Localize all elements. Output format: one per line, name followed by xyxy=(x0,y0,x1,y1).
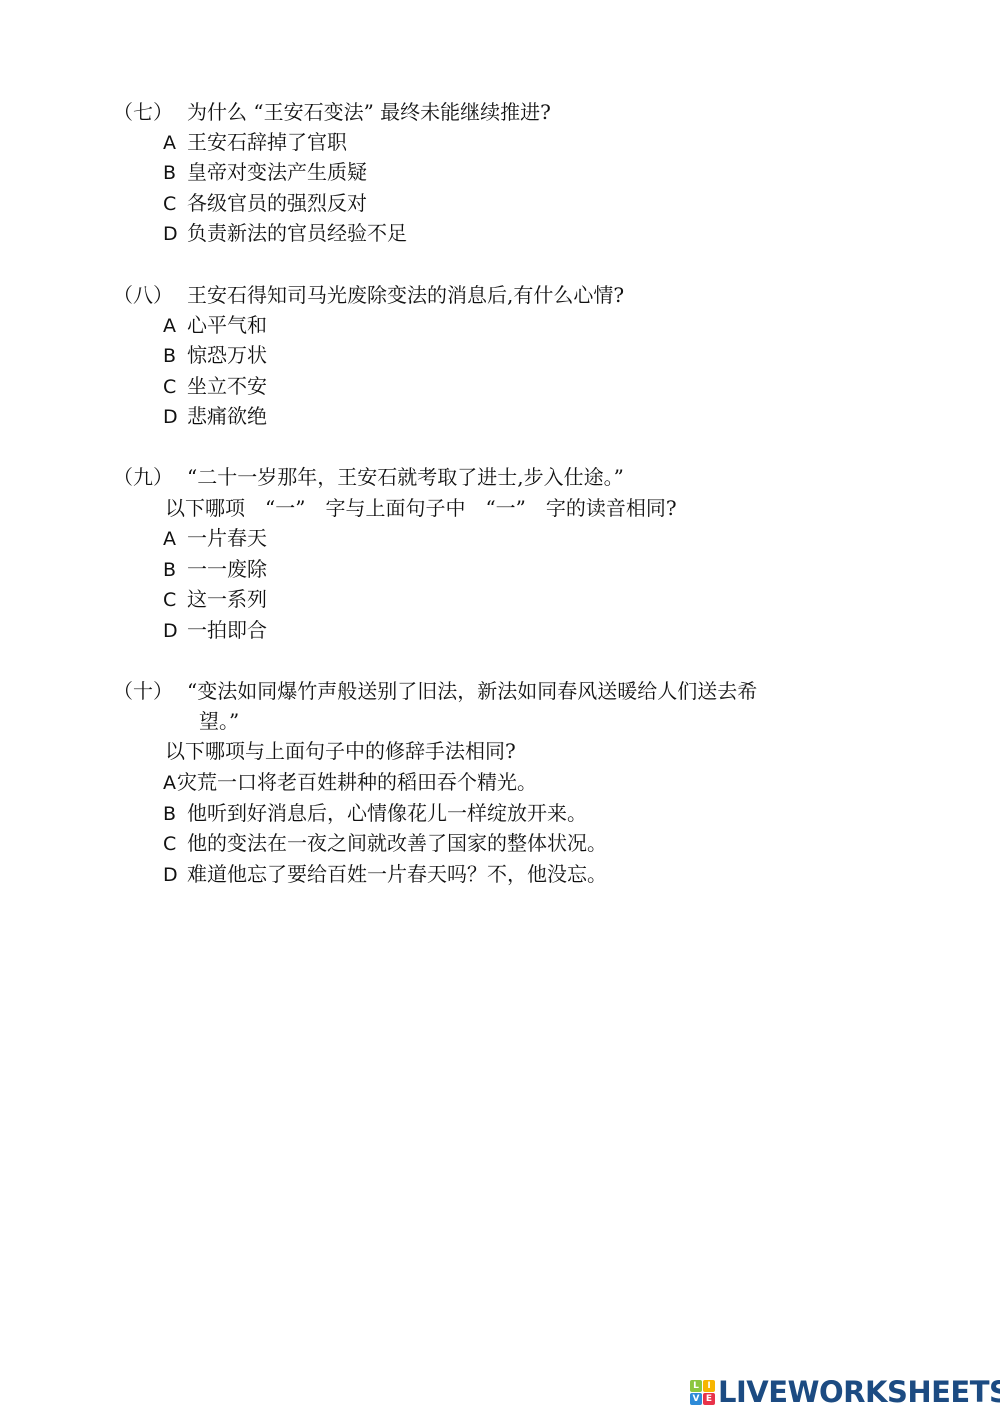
question-number: （十） xyxy=(113,676,187,706)
option-text: 各级官员的强烈反对 xyxy=(187,191,367,215)
option-text: 惊恐万状 xyxy=(187,343,267,367)
option-letter: D xyxy=(163,402,187,432)
question-number: （八） xyxy=(113,280,187,310)
option-text: 悲痛欲绝 xyxy=(187,404,267,428)
option-letter: A xyxy=(163,768,177,798)
option-c[interactable]: C这一系列 xyxy=(163,584,267,614)
option-text: 这一系列 xyxy=(187,587,267,611)
logo-block-v: V xyxy=(690,1393,702,1405)
option-letter: C xyxy=(163,829,187,859)
option-a[interactable]: A心平气和 xyxy=(163,310,267,340)
question-10-subquestion: 以下哪项与上面句子中的修辞手法相同? xyxy=(165,736,516,766)
option-text: 难道他忘了要给百姓一片春天吗？不，他没忘。 xyxy=(187,862,607,886)
option-letter: B xyxy=(163,555,187,585)
question-stem: 为什么 “王安石变法” 最终未能继续推进? xyxy=(187,100,551,124)
question-8-stem-line: （八）王安石得知司马光废除变法的消息后,有什么心情? xyxy=(113,280,624,310)
option-text: 他的变法在一夜之间就改善了国家的整体状况。 xyxy=(187,831,607,855)
option-letter: D xyxy=(163,616,187,646)
question-stem-continuation: 望。” xyxy=(199,706,239,736)
option-letter: D xyxy=(163,219,187,249)
option-b[interactable]: B他听到好消息后，心情像花儿一样绽放开来。 xyxy=(163,798,587,828)
question-number: （九） xyxy=(113,462,187,492)
question-number: （七） xyxy=(113,97,187,127)
option-text: 一拍即合 xyxy=(187,618,267,642)
option-text: 坐立不安 xyxy=(187,374,267,398)
option-letter: B xyxy=(163,341,187,371)
logo-text: LIVEWORKSHEETS xyxy=(718,1375,1000,1409)
option-text: 一一废除 xyxy=(187,557,267,581)
logo-block-l: L xyxy=(690,1380,702,1392)
option-text: 心平气和 xyxy=(187,313,267,337)
option-text: 灾荒一口将老百姓耕种的稻田吞个精光。 xyxy=(177,770,537,794)
option-c[interactable]: C坐立不安 xyxy=(163,371,267,401)
option-letter: C xyxy=(163,585,187,615)
option-letter: A xyxy=(163,524,187,554)
option-d[interactable]: D悲痛欲绝 xyxy=(163,401,267,431)
option-text: 王安石辞掉了官职 xyxy=(187,130,347,154)
logo-block-i: I xyxy=(703,1380,715,1392)
option-c[interactable]: C各级官员的强烈反对 xyxy=(163,188,367,218)
liveworksheets-logo[interactable]: L I V E LIVEWORKSHEETS xyxy=(690,1375,1000,1409)
question-9-subquestion: 以下哪项 “一” 字与上面句子中 “一” 字的读音相同? xyxy=(165,493,677,523)
question-stem: “变法如同爆竹声般送别了旧法，新法如同春风送暖给人们送去希 xyxy=(187,679,757,703)
option-text: 皇帝对变法产生质疑 xyxy=(187,160,367,184)
option-b[interactable]: B一一废除 xyxy=(163,554,267,584)
question-10-stem-line: （十）“变法如同爆竹声般送别了旧法，新法如同春风送暖给人们送去希 xyxy=(113,676,757,706)
question-9-stem-line: （九）“二十一岁那年，王安石就考取了进士,步入仕途。” xyxy=(113,462,624,492)
question-stem: “二十一岁那年，王安石就考取了进士,步入仕途。” xyxy=(187,465,624,489)
live-blocks-icon: L I V E xyxy=(690,1380,715,1405)
option-letter: C xyxy=(163,372,187,402)
question-7-stem-line: （七）为什么 “王安石变法” 最终未能继续推进? xyxy=(113,97,551,127)
option-d[interactable]: D一拍即合 xyxy=(163,615,267,645)
question-stem: 王安石得知司马光废除变法的消息后,有什么心情? xyxy=(187,283,624,307)
option-letter: D xyxy=(163,860,187,890)
option-text: 负责新法的官员经验不足 xyxy=(187,221,407,245)
option-letter: C xyxy=(163,189,187,219)
option-letter: A xyxy=(163,128,187,158)
option-b[interactable]: B惊恐万状 xyxy=(163,340,267,370)
option-letter: B xyxy=(163,799,187,829)
option-b[interactable]: B皇帝对变法产生质疑 xyxy=(163,157,367,187)
option-text: 他听到好消息后，心情像花儿一样绽放开来。 xyxy=(187,801,587,825)
option-c[interactable]: C他的变法在一夜之间就改善了国家的整体状况。 xyxy=(163,828,607,858)
option-a[interactable]: A一片春天 xyxy=(163,523,267,553)
option-a[interactable]: A灾荒一口将老百姓耕种的稻田吞个精光。 xyxy=(163,767,537,797)
logo-block-e: E xyxy=(703,1393,715,1405)
option-d[interactable]: D负责新法的官员经验不足 xyxy=(163,218,407,248)
option-letter: A xyxy=(163,311,187,341)
option-letter: B xyxy=(163,158,187,188)
option-text: 一片春天 xyxy=(187,526,267,550)
option-d[interactable]: D难道他忘了要给百姓一片春天吗？不，他没忘。 xyxy=(163,859,607,889)
option-a[interactable]: A王安石辞掉了官职 xyxy=(163,127,347,157)
